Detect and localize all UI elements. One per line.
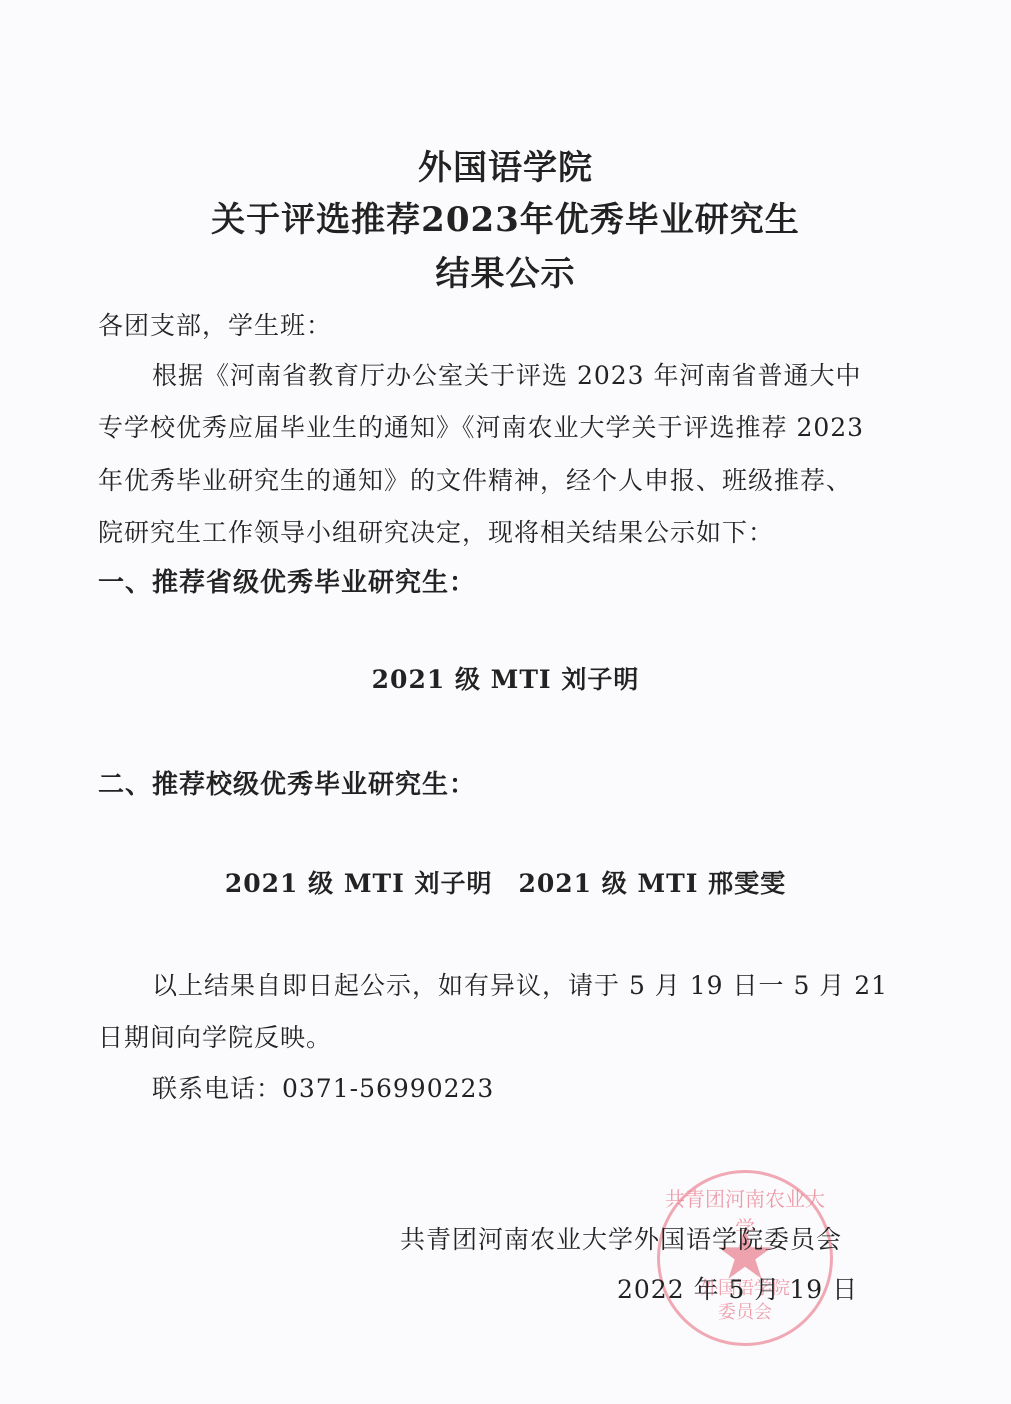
title-line-3: 结果公示 <box>0 246 1011 295</box>
body-line-3: 年优秀毕业研究生的通知》的文件精神，经个人申报、班级推荐、 <box>98 461 852 497</box>
section2-names: 2021 级 MTI 刘子明 2021 级 MTI 邢雯雯 <box>0 864 1011 900</box>
official-seal: 共青团河南农业大学 ★ 外国语学院 委员会 <box>657 1170 833 1346</box>
body-line-2: 专学校优秀应届毕业生的通知》《河南农业大学关于评选推荐 2023 <box>98 408 864 444</box>
section1-heading: 一、推荐省级优秀毕业研究生： <box>98 562 476 599</box>
title-line-2: 关于评选推荐2023年优秀毕业研究生 <box>0 192 1011 241</box>
notice-line-1: 以上结果自即日起公示，如有异议，请于 5 月 19 日一 5 月 21 <box>152 966 888 1002</box>
signature-date: 2022 年 5 月 19 日 <box>617 1270 858 1306</box>
contact-phone: 联系电话：0371-56990223 <box>152 1069 494 1105</box>
section1-names: 2021 级 MTI 刘子明 <box>0 660 1011 696</box>
salutation: 各团支部，学生班： <box>98 306 332 342</box>
notice-line-2: 日期间向学院反映。 <box>98 1018 332 1054</box>
body-line-1: 根据《河南省教育厅办公室关于评选 2023 年河南省普通大中 <box>152 356 862 392</box>
body-line-4: 院研究生工作领导小组研究决定，现将相关结果公示如下： <box>98 513 774 549</box>
title-line-1: 外国语学院 <box>0 140 1011 189</box>
section2-heading: 二、推荐校级优秀毕业研究生： <box>98 764 476 801</box>
signature-organization: 共青团河南农业大学外国语学院委员会 <box>400 1220 842 1256</box>
